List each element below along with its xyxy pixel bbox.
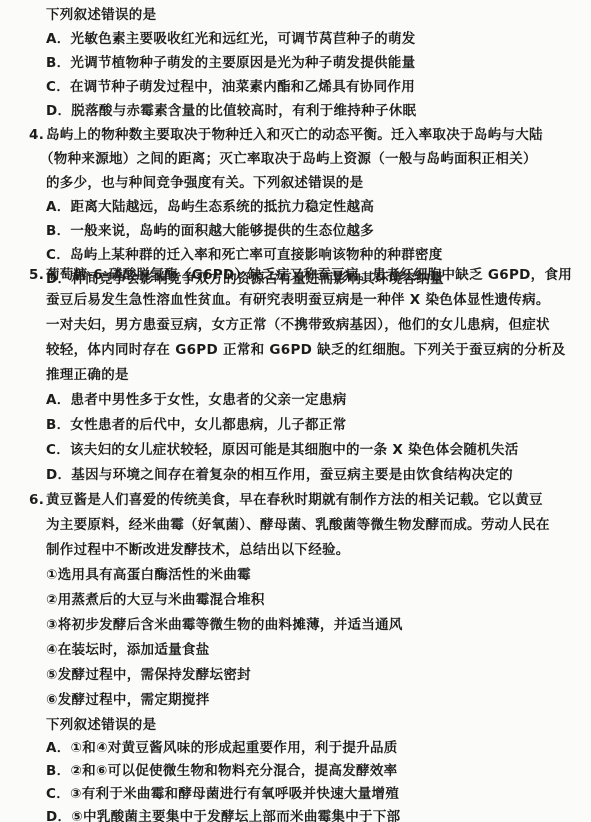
- q6-step: ④在装坛时，添加适量食盐: [46, 641, 210, 659]
- q4-option-b: B．一般来说，岛屿的面积越大能够提供的生态位越多: [46, 222, 374, 240]
- q5-option-d: D．基因与环境之间存在着复杂的相互作用，蚕豆病主要是由饮食结构决定的: [46, 466, 513, 484]
- q5-stem-line: 一对夫妇，男方患蚕豆病，女方正常（不携带致病基因），他们的女儿患病，但症状: [46, 316, 550, 334]
- q3-option-a: A．光敏色素主要吸收红光和远红光，可调节莴苣种子的萌发: [46, 30, 416, 48]
- q3-option-c: C．在调节种子萌发过程中，油菜素内酯和乙烯具有协同作用: [46, 78, 415, 96]
- q6-stem-line: 为主要原料，经米曲霉（好氧菌）、酵母菌、乳酸菌等微生物发酵而成。劳动人民在: [46, 516, 550, 534]
- q4-stem-line: 的多少，也与种间竞争强度有关。下列叙述错误的是: [46, 174, 363, 192]
- q5-option-c: C．该夫妇的女儿症状较轻，原因可能是其细胞中的一条 X 染色体会随机失活: [46, 441, 519, 459]
- q5-stem-line: 推理正确的是: [46, 366, 129, 384]
- q6-stem-line: 制作过程中不断改进发酵技术，总结出以下经验。: [46, 541, 350, 559]
- q6-step: ①选用具有高蛋白酶活性的米曲霉: [46, 566, 251, 584]
- q5-option-a: A．患者中男性多于女性，女患者的父亲一定患病: [46, 391, 347, 409]
- q6-option-c: C．③有利于米曲霉和酵母菌进行有氧呼吸并快速大量增殖: [46, 785, 399, 803]
- q6-option-b: B．②和⑥可以促使微生物和物料充分混合，提高发酵效率: [46, 762, 397, 780]
- q6-step: ⑥发酵过程中，需定期搅拌: [46, 691, 210, 709]
- q6-step: ⑤发酵过程中，需保持发酵坛密封: [46, 666, 251, 684]
- q4-option-a: A．距离大陆越远，岛屿生态系统的抵抗力稳定性越高: [46, 198, 374, 216]
- q5-stem-line: 蚕豆后易发生急性溶血性贫血。有研究表明蚕豆病是一种伴 X 染色体显性遗传病。: [46, 291, 550, 309]
- q5-number: 5.: [29, 266, 44, 284]
- q6-option-d: D．⑤中乳酸菌主要集中于发酵坛上部而米曲霉集中于下部: [46, 808, 400, 822]
- q4-stem-line: 岛屿上的物种数主要取决于物种迁入和灭亡的动态平衡。迁入率取决于岛屿与大陆: [46, 126, 543, 144]
- q6-number: 6.: [29, 491, 44, 509]
- q5-option-b: B．女性患者的后代中，女儿都患病，儿子都正常: [46, 416, 346, 434]
- q4-option-c: C．岛屿上某种群的迁入率和死亡率可直接影响该物种的种群密度: [46, 246, 443, 264]
- q4-number: 4.: [29, 126, 44, 144]
- q6-step: ③将初步发酵后含米曲霉等微生物的曲料摊薄，并适当通风: [46, 616, 403, 634]
- q3-prompt: 下列叙述错误的是: [46, 6, 156, 24]
- q6-stem-line: 黄豆酱是人们喜爱的传统美食，早在春秋时期就有制作方法的相关记载。它以黄豆: [46, 491, 543, 509]
- q4-stem-line: （物种来源地）之间的距离；灭亡率取决于岛屿上资源（一般与岛屿面积正相关）: [40, 150, 537, 168]
- q6-option-a: A．①和④对黄豆酱风味的形成起重要作用，利于提升品质: [46, 739, 398, 757]
- q6-prompt: 下列叙述错误的是: [46, 716, 156, 734]
- q5-stem-line: 较轻，体内同时存在 G6PD 正常和 G6PD 缺乏的红细胞。下列关于蚕豆病的分…: [46, 341, 566, 359]
- q6-step: ②用蒸煮后的大豆与米曲霉混合堆积: [46, 591, 265, 609]
- q3-option-b: B．光调节植物种子萌发的主要原因是光为种子萌发提供能量: [46, 54, 415, 72]
- q5-stem-line: 葡萄糖-6-磷酸脱氢酶（G6PD）缺乏症又称蚕豆病。患者红细胞中缺乏 G6PD，…: [46, 266, 572, 284]
- exam-page: 下列叙述错误的是 A．光敏色素主要吸收红光和远红光，可调节莴苣种子的萌发 B．光…: [0, 0, 591, 822]
- q3-option-d: D．脱落酸与赤霉素含量的比值较高时，有利于维持种子休眠: [46, 102, 416, 120]
